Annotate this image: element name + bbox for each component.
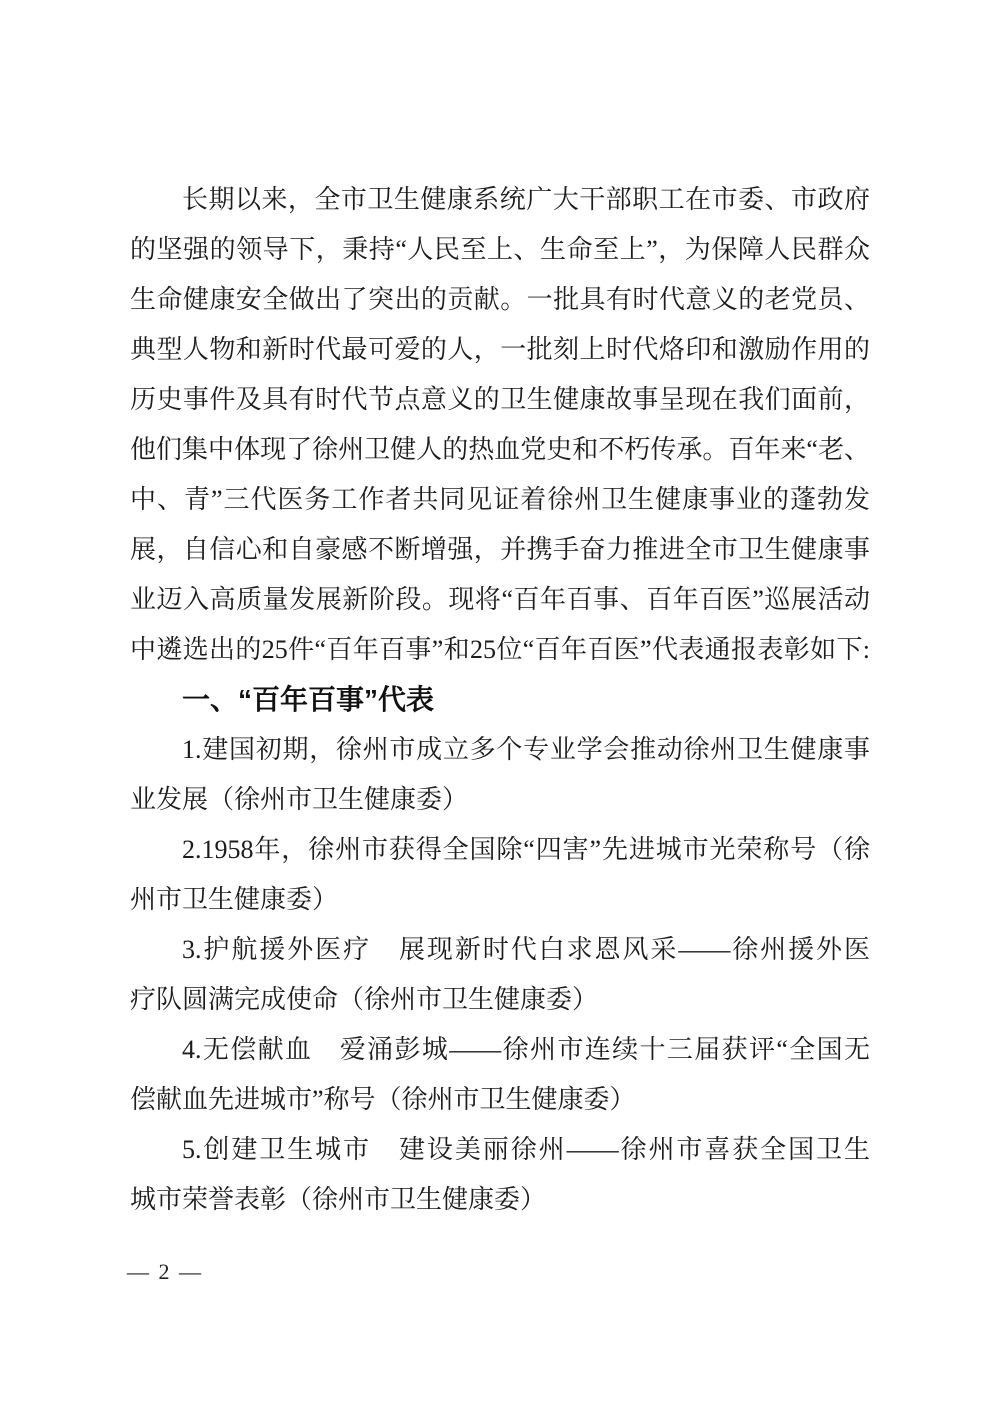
text-line: 业发展（徐州市卫生健康委） bbox=[130, 775, 870, 825]
text-line: 中、青”三代医务工作者共同见证着徐州卫生健康事业的蓬勃发 bbox=[130, 475, 870, 525]
text-line: 典型人物和新时代最可爱的人，一批刻上时代烙印和激励作用的 bbox=[130, 325, 870, 375]
text-line: 的坚强的领导下，秉持“人民至上、生命至上”，为保障人民群众 bbox=[130, 225, 870, 275]
text-line: 业迈入高质量发展新阶段。现将“百年百事、百年百医”巡展活动 bbox=[130, 575, 870, 625]
text-line: 2.1958年，徐州市获得全国除“四害”先进城市光荣称号（徐 bbox=[130, 825, 870, 875]
text-line: 中遴选出的25件“百年百事”和25位“百年百医”代表通报表彰如下: bbox=[130, 625, 870, 675]
text-line: 州市卫生健康委） bbox=[130, 875, 870, 925]
text-line: 4.无偿献血 爱涌彭城——徐州市连续十三届获评“全国无 bbox=[130, 1025, 870, 1075]
text-line: 他们集中体现了徐州卫健人的热血党史和不朽传承。百年来“老、 bbox=[130, 425, 870, 475]
text-line: 长期以来，全市卫生健康系统广大干部职工在市委、市政府 bbox=[130, 175, 870, 225]
document-page: 长期以来，全市卫生健康系统广大干部职工在市委、市政府的坚强的领导下，秉持“人民至… bbox=[0, 0, 1000, 1413]
text-line: 偿献血先进城市”称号（徐州市卫生健康委） bbox=[130, 1075, 870, 1125]
text-line: 3.护航援外医疗 展现新时代白求恩风采——徐州援外医 bbox=[130, 925, 870, 975]
section-heading: 一、“百年百事”代表 bbox=[130, 675, 870, 725]
page-number: — 2 — bbox=[127, 1256, 203, 1288]
text-line: 历史事件及具有时代节点意义的卫生健康故事呈现在我们面前， bbox=[130, 375, 870, 425]
text-line: 5.创建卫生城市 建设美丽徐州——徐州市喜获全国卫生 bbox=[130, 1125, 870, 1175]
text-line: 城市荣誉表彰（徐州市卫生健康委） bbox=[130, 1175, 870, 1225]
text-line: 生命健康安全做出了突出的贡献。一批具有时代意义的老党员、 bbox=[130, 275, 870, 325]
text-line: 疗队圆满完成使命（徐州市卫生健康委） bbox=[130, 975, 870, 1025]
text-line: 1.建国初期，徐州市成立多个专业学会推动徐州卫生健康事 bbox=[130, 725, 870, 775]
text-line: 展，自信心和自豪感不断增强，并携手奋力推进全市卫生健康事 bbox=[130, 525, 870, 575]
document-body: 长期以来，全市卫生健康系统广大干部职工在市委、市政府的坚强的领导下，秉持“人民至… bbox=[130, 175, 870, 1225]
